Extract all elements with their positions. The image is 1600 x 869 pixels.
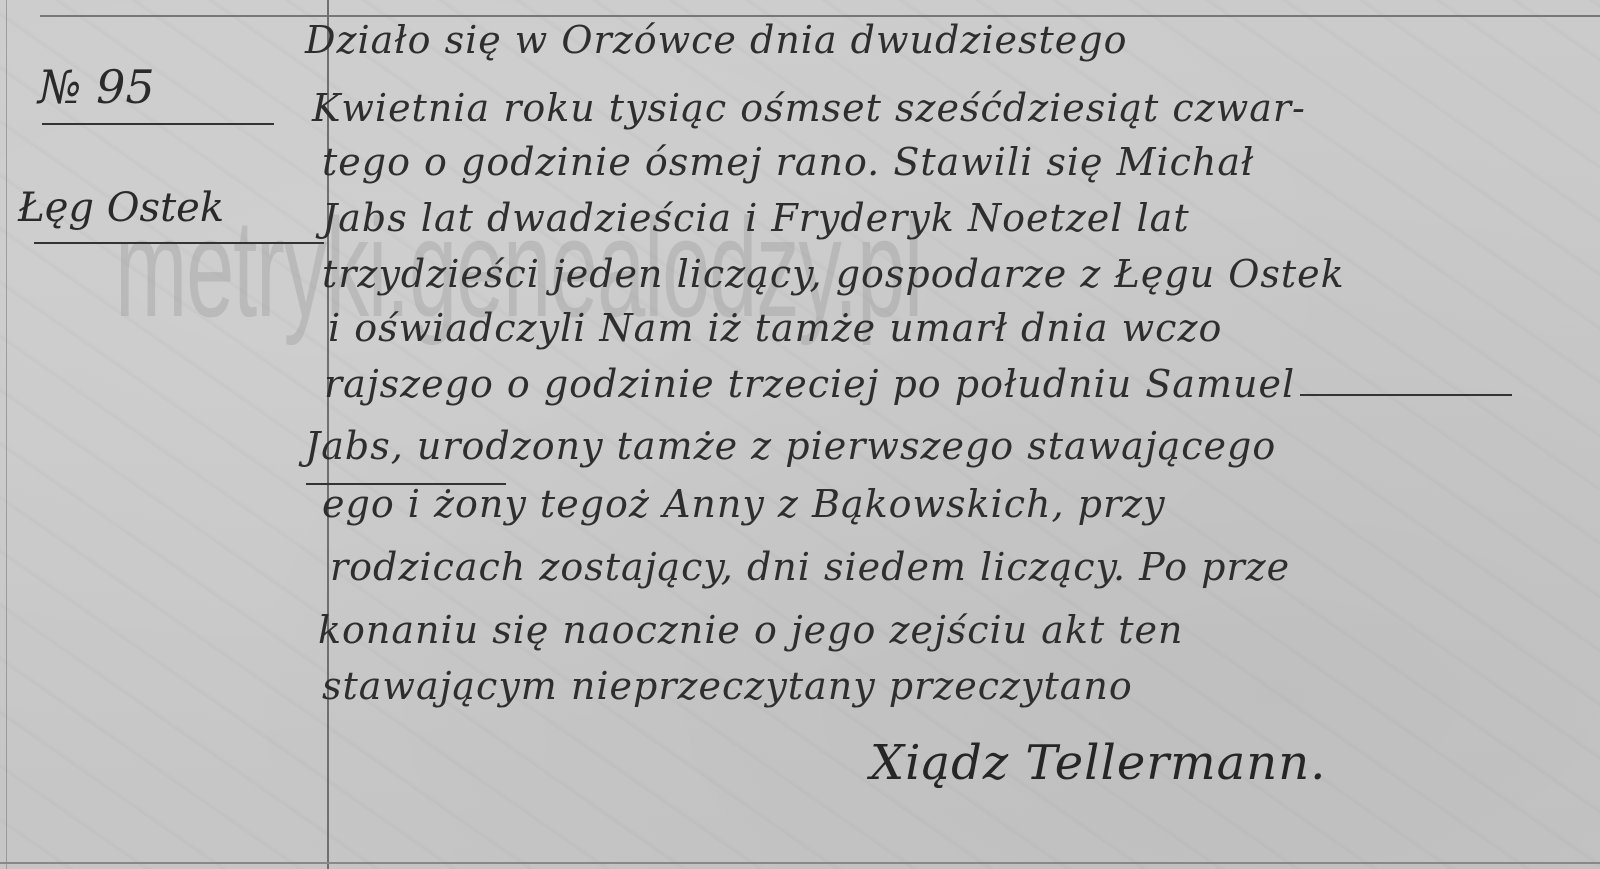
record-number: № 95 (38, 60, 155, 114)
record-line-12: stawającym nieprzeczytany przeczytano (322, 664, 1133, 708)
document-scan: metryki.genealodzy.pl № 95 Łęg Ostek Dzi… (0, 0, 1600, 869)
record-line-11: konaniu się naocznie o jego zejściu akt … (318, 608, 1184, 652)
record-line-7: rajszego o godzinie trzeciej po południu… (324, 362, 1295, 406)
bottom-rule-line (0, 862, 1600, 864)
record-line-6: i oświadczyli Nam iż tamże umarł dnia wc… (328, 306, 1222, 350)
top-rule-line (40, 15, 1600, 17)
place-name: Łęg Ostek (18, 185, 224, 231)
priest-signature: Xiądz Tellermann. (870, 735, 1326, 791)
record-line-2: Kwietnia roku tysiąc ośmset sześćdziesią… (312, 86, 1306, 130)
record-line-9: ego i żony tegoż Anny z Bąkowskich, przy (322, 482, 1166, 526)
record-line-4: Jabs lat dwadzieścia i Fryderyk Noetzel … (322, 196, 1190, 240)
record-line-10: rodzicach zostający, dni siedem liczący.… (330, 545, 1290, 589)
record-number-underline (42, 123, 274, 125)
record-line-5: trzydzieści jeden liczący, gospodarze z … (322, 252, 1345, 296)
left-edge-rule (6, 0, 7, 869)
record-line-1: Działo się w Orzówce dnia dwudziestego (305, 18, 1127, 62)
name-underline-samuel (1300, 394, 1512, 396)
place-name-underline (34, 242, 324, 244)
record-line-3: tego o godzinie ósmej rano. Stawili się … (322, 140, 1254, 184)
record-line-8: Jabs, urodzony tamże z pierwszego stawaj… (305, 424, 1276, 468)
